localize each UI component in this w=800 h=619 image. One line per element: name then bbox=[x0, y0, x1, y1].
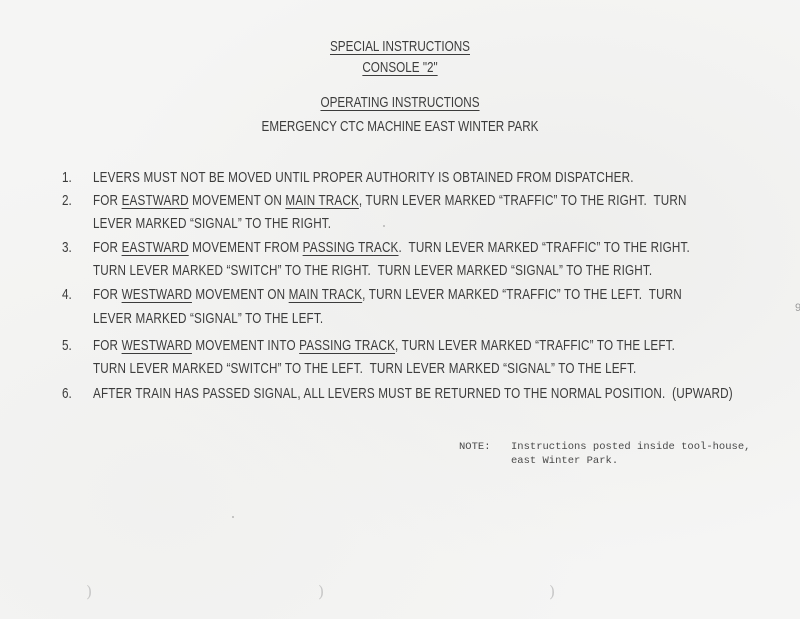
punch-hole-mark-center: ) bbox=[318, 582, 324, 601]
instruction-text: LEVER MARKED “SIGNAL” TO THE LEFT. bbox=[93, 310, 323, 327]
title-special-instructions: SPECIAL INSTRUCTIONS bbox=[330, 38, 470, 55]
instruction-text: MOVEMENT INTO bbox=[192, 337, 299, 354]
instruction-text: TURN LEVER MARKED “SWITCH” TO THE LEFT. … bbox=[93, 360, 636, 377]
instruction-number: 2. bbox=[62, 192, 72, 209]
title-console: CONSOLE "2" bbox=[362, 59, 437, 76]
underlined-term: PASSING TRACK bbox=[299, 337, 395, 354]
instruction-text: LEVERS MUST NOT BE MOVED UNTIL PROPER AU… bbox=[93, 169, 634, 186]
instruction-text: TURN LEVER MARKED “SWITCH” TO THE RIGHT.… bbox=[93, 262, 652, 279]
instruction-line: LEVERS MUST NOT BE MOVED UNTIL PROPER AU… bbox=[93, 169, 634, 186]
underlined-term: MAIN TRACK bbox=[285, 192, 359, 209]
subtitle-text: OPERATING INSTRUCTIONS bbox=[320, 94, 479, 111]
instruction-number: 4. bbox=[62, 286, 72, 303]
instruction-line: LEVER MARKED “SIGNAL” TO THE LEFT. bbox=[93, 310, 323, 327]
underlined-term: WESTWARD bbox=[122, 286, 192, 303]
instruction-number: 6. bbox=[62, 385, 72, 402]
instruction-text: . TURN LEVER MARKED “TRAFFIC” TO THE RIG… bbox=[399, 239, 690, 256]
title-line1-text: SPECIAL INSTRUCTIONS bbox=[330, 38, 470, 55]
instruction-text: LEVER MARKED “SIGNAL” TO THE RIGHT. bbox=[93, 215, 331, 232]
instruction-number: 1. bbox=[62, 169, 72, 186]
title-line2-text: CONSOLE "2" bbox=[362, 59, 437, 76]
location-heading: EMERGENCY CTC MACHINE EAST WINTER PARK bbox=[262, 118, 539, 135]
instruction-line: FOR WESTWARD MOVEMENT ON MAIN TRACK, TUR… bbox=[93, 286, 682, 303]
instruction-number: 3. bbox=[62, 239, 72, 256]
scan-speck bbox=[383, 225, 385, 227]
instruction-line: TURN LEVER MARKED “SWITCH” TO THE RIGHT.… bbox=[93, 262, 652, 279]
underlined-term: EASTWARD bbox=[122, 192, 189, 209]
instruction-line: AFTER TRAIN HAS PASSED SIGNAL, ALL LEVER… bbox=[93, 385, 733, 402]
note-line1: Instructions posted inside tool-house, bbox=[511, 441, 750, 453]
instruction-line: LEVER MARKED “SIGNAL” TO THE RIGHT. bbox=[93, 215, 331, 232]
instruction-text: FOR bbox=[93, 239, 122, 256]
punch-hole-mark-right: ) bbox=[549, 582, 555, 601]
instruction-text: MOVEMENT ON bbox=[192, 286, 289, 303]
instruction-text: MOVEMENT FROM bbox=[189, 239, 303, 256]
instruction-text: , TURN LEVER MARKED “TRAFFIC” TO THE RIG… bbox=[359, 192, 687, 209]
underlined-term: EASTWARD bbox=[122, 239, 189, 256]
instruction-text: FOR bbox=[93, 286, 122, 303]
scan-speck bbox=[232, 516, 234, 518]
instruction-text: FOR bbox=[93, 192, 122, 209]
instruction-text: , TURN LEVER MARKED “TRAFFIC” TO THE LEF… bbox=[395, 337, 675, 354]
underlined-term: PASSING TRACK bbox=[303, 239, 399, 256]
instruction-text: , TURN LEVER MARKED “TRAFFIC” TO THE LEF… bbox=[362, 286, 682, 303]
note-label: NOTE: bbox=[459, 441, 491, 453]
instruction-line: FOR EASTWARD MOVEMENT FROM PASSING TRACK… bbox=[93, 239, 690, 256]
instruction-line: FOR WESTWARD MOVEMENT INTO PASSING TRACK… bbox=[93, 337, 675, 354]
subtitle-operating-instructions: OPERATING INSTRUCTIONS bbox=[320, 94, 479, 111]
underlined-term: MAIN TRACK bbox=[289, 286, 363, 303]
instruction-number: 5. bbox=[62, 337, 72, 354]
instruction-line: FOR EASTWARD MOVEMENT ON MAIN TRACK, TUR… bbox=[93, 192, 687, 209]
instruction-text: MOVEMENT ON bbox=[189, 192, 286, 209]
instruction-text: AFTER TRAIN HAS PASSED SIGNAL, ALL LEVER… bbox=[93, 385, 733, 402]
instruction-text: FOR bbox=[93, 337, 122, 354]
instruction-line: TURN LEVER MARKED “SWITCH” TO THE LEFT. … bbox=[93, 360, 636, 377]
punch-hole-mark-left: ) bbox=[86, 582, 92, 601]
note-line2: east Winter Park. bbox=[511, 455, 618, 467]
location-text: EMERGENCY CTC MACHINE EAST WINTER PARK bbox=[262, 118, 539, 135]
underlined-term: WESTWARD bbox=[122, 337, 192, 354]
edge-mark: 9 bbox=[795, 302, 800, 314]
